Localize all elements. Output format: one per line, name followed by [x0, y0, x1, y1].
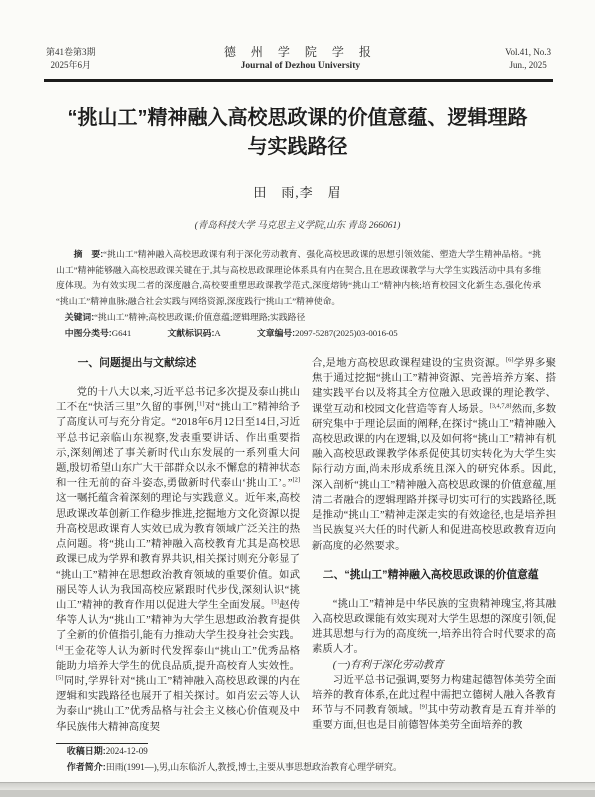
author-bio: 作者简介:田雨(1991—),男,山东临沂人,教授,博士,主要从事思想政治教育心…: [56, 760, 557, 776]
journal-header: 第41卷第3期 2025年6月 德 州 学 院 学 报 Journal of D…: [46, 46, 551, 73]
article-title: “挑山工”精神融入高校思政课的价值意蕴、逻辑理路 与实践路径: [30, 104, 565, 162]
abstract: 摘 要:“挑山工”精神融入高校思政课有利于深化劳动教育、强化高校思政课的思想引领…: [56, 247, 541, 309]
abstract-text: “挑山工”精神融入高校思政课有利于深化劳动教育、强化高校思政课的思想引领效能、塑…: [56, 249, 541, 306]
clc-number: 中图分类号:G641: [65, 328, 131, 338]
paragraph: 合,是地方高校思政课程建设的宝贵资源。[6]学界多聚焦于通过挖掘“挑山工”精神资…: [312, 356, 556, 554]
journal-name-en: Journal of Dezhou University: [224, 60, 377, 73]
article-title-line2: 与实践路径: [30, 133, 565, 162]
header-issue-info: 第41卷第3期 2025年6月: [46, 46, 96, 72]
document-code: 文献标识码:A: [167, 328, 220, 338]
authors: 田 雨,李 眉: [0, 182, 595, 201]
header-journal-name: 德 州 学 院 学 报 Journal of Dezhou University: [224, 46, 377, 73]
article-body: 一、问题提出与文献综述 党的十八大以来,习近平总书记多次提及泰山挑山工不在“快活…: [56, 356, 557, 738]
article-number: 文章编号:2097-5287(2025)03-0016-05: [257, 328, 398, 338]
paragraph: 习近平总书记强调,要努力构建起德智体美劳全面培养的教育体系,在此过程中需把立德树…: [312, 673, 556, 734]
section-heading-2: 二、“挑山工”精神融入高校思政课的价值意蕴: [312, 568, 556, 583]
issue-date-cn: 2025年6月: [46, 59, 96, 72]
page-scan-edge: [0, 782, 595, 790]
received-date: 收稿日期:2024-12-09: [56, 744, 557, 760]
classification-row: 中图分类号:G641 文献标识码:A 文章编号:2097-5287(2025)0…: [56, 326, 541, 342]
paragraph: 党的十八大以来,习近平总书记多次提及泰山挑山工不在“快活三里”久留的事例,[1]…: [56, 385, 300, 735]
header-divider: [44, 79, 553, 82]
journal-page: 第41卷第3期 2025年6月 德 州 学 院 学 报 Journal of D…: [0, 0, 595, 790]
footnote-block: 收稿日期:2024-12-09 作者简介:田雨(1991—),男,山东临沂人,教…: [56, 743, 557, 775]
issue-date-en: Jun., 2025: [505, 59, 551, 72]
right-column: 合,是地方高校思政课程建设的宝贵资源。[6]学界多聚焦于通过挖掘“挑山工”精神资…: [312, 356, 556, 738]
journal-name-cn: 德 州 学 院 学 报: [224, 46, 377, 59]
keywords-text: “挑山工”精神;高校思政课;价值意蕴;逻辑理路;实践路径: [94, 312, 305, 322]
keywords: 关键词:“挑山工”精神;高校思政课;价值意蕴;逻辑理路;实践路径: [56, 310, 541, 326]
left-column: 一、问题提出与文献综述 党的十八大以来,习近平总书记多次提及泰山挑山工不在“快活…: [56, 356, 300, 738]
keywords-label: 关键词:: [65, 312, 94, 322]
volume-issue-en: Vol.41, No.3: [505, 46, 551, 59]
paragraph: “挑山工”精神是中华民族的宝贵精神瑰宝,将其融入高校思政课能有效实现对大学生思想…: [312, 597, 556, 658]
subsection-heading-1: (一)有利于深化劳动教育: [312, 658, 556, 673]
article-meta: 摘 要:“挑山工”精神融入高校思政课有利于深化劳动教育、强化高校思政课的思想引领…: [56, 247, 541, 325]
volume-issue: 第41卷第3期: [46, 46, 96, 59]
article-title-line1: “挑山工”精神融入高校思政课的价值意蕴、逻辑理路: [30, 104, 565, 133]
abstract-label: 摘 要:: [74, 249, 104, 259]
affiliation: (青岛科技大学 马克思主义学院,山东 青岛 266061): [0, 217, 595, 231]
section-heading-1: 一、问题提出与文献综述: [56, 356, 300, 371]
header-volume-en: Vol.41, No.3 Jun., 2025: [505, 46, 551, 72]
